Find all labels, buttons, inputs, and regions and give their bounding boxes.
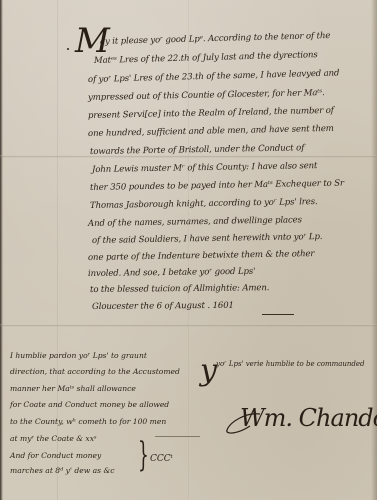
letter-line: John Lewis muster Mʳ of this County: I h… bbox=[92, 161, 317, 175]
letter-line: of the said Souldiers, I have sent herew… bbox=[92, 232, 323, 246]
letter-line: one hundred, sufficient and able men, an… bbox=[88, 124, 334, 139]
margin-dot bbox=[67, 48, 69, 50]
letter-line: to the blessed tuicion of Allmightie: Am… bbox=[90, 283, 269, 295]
letter-line: of yoʳ Lps' Lres of the 23.th of the sam… bbox=[88, 68, 340, 85]
postscript-line: to the County, wʰ cometh to for 100 men bbox=[10, 417, 166, 426]
letter-line: Thomas Jasborough knight, according to y… bbox=[90, 197, 318, 211]
postscript-line: direction, that according to the Accusto… bbox=[10, 367, 180, 376]
postscript-line: And for Conduct money bbox=[10, 451, 101, 460]
postscript-line: I humblie pardon yoʳ Lps' to graunt bbox=[10, 351, 147, 360]
letter-line: present Servi[ce] into the Realm of Irel… bbox=[88, 106, 334, 121]
curly-brace: } bbox=[138, 438, 149, 472]
page-left-edge bbox=[0, 0, 3, 500]
letter-line: involed. And soe, I betake yoʳ good Lps' bbox=[88, 267, 255, 279]
letter-line: ther 350 poundes to be payed into her Ma… bbox=[90, 179, 344, 193]
closing-line: yoʳ Lps' verie humblie to be commaunded bbox=[216, 360, 365, 368]
postscript-line: at myʳ the Coate & xxˢ bbox=[10, 434, 97, 443]
sum-total: CCCᵗ bbox=[150, 454, 173, 464]
letter-line: ympressed out of this Countie of Glocest… bbox=[88, 88, 325, 103]
letter-line: ay it please yoʳ good Lpᵉ. According to … bbox=[100, 31, 330, 47]
postscript-line: marches at 8ᵈ y' dew as &c bbox=[10, 466, 115, 475]
letter-line: And of the names, surnames, and dwelling… bbox=[88, 215, 302, 229]
closing-initial: y bbox=[200, 356, 217, 386]
sum-underline bbox=[155, 436, 200, 437]
letter-line: Matᵉˢ Lres of the 22.th of July last and… bbox=[94, 50, 318, 66]
signature: Wm. Chandos bbox=[240, 404, 377, 432]
manuscript-page: M ay it please yoʳ good Lpᵉ. According t… bbox=[0, 0, 377, 500]
date-underline bbox=[262, 314, 294, 315]
postscript-line: manner her Maᵗˢ shall allowance bbox=[10, 384, 136, 393]
letter-date-line: Gloucester the 6 of August . 1601 bbox=[92, 301, 234, 312]
postscript-line: for Coate and Conduct money be allowed bbox=[10, 400, 169, 409]
letter-line: one parte of the Indenture betwixte them… bbox=[88, 249, 314, 263]
